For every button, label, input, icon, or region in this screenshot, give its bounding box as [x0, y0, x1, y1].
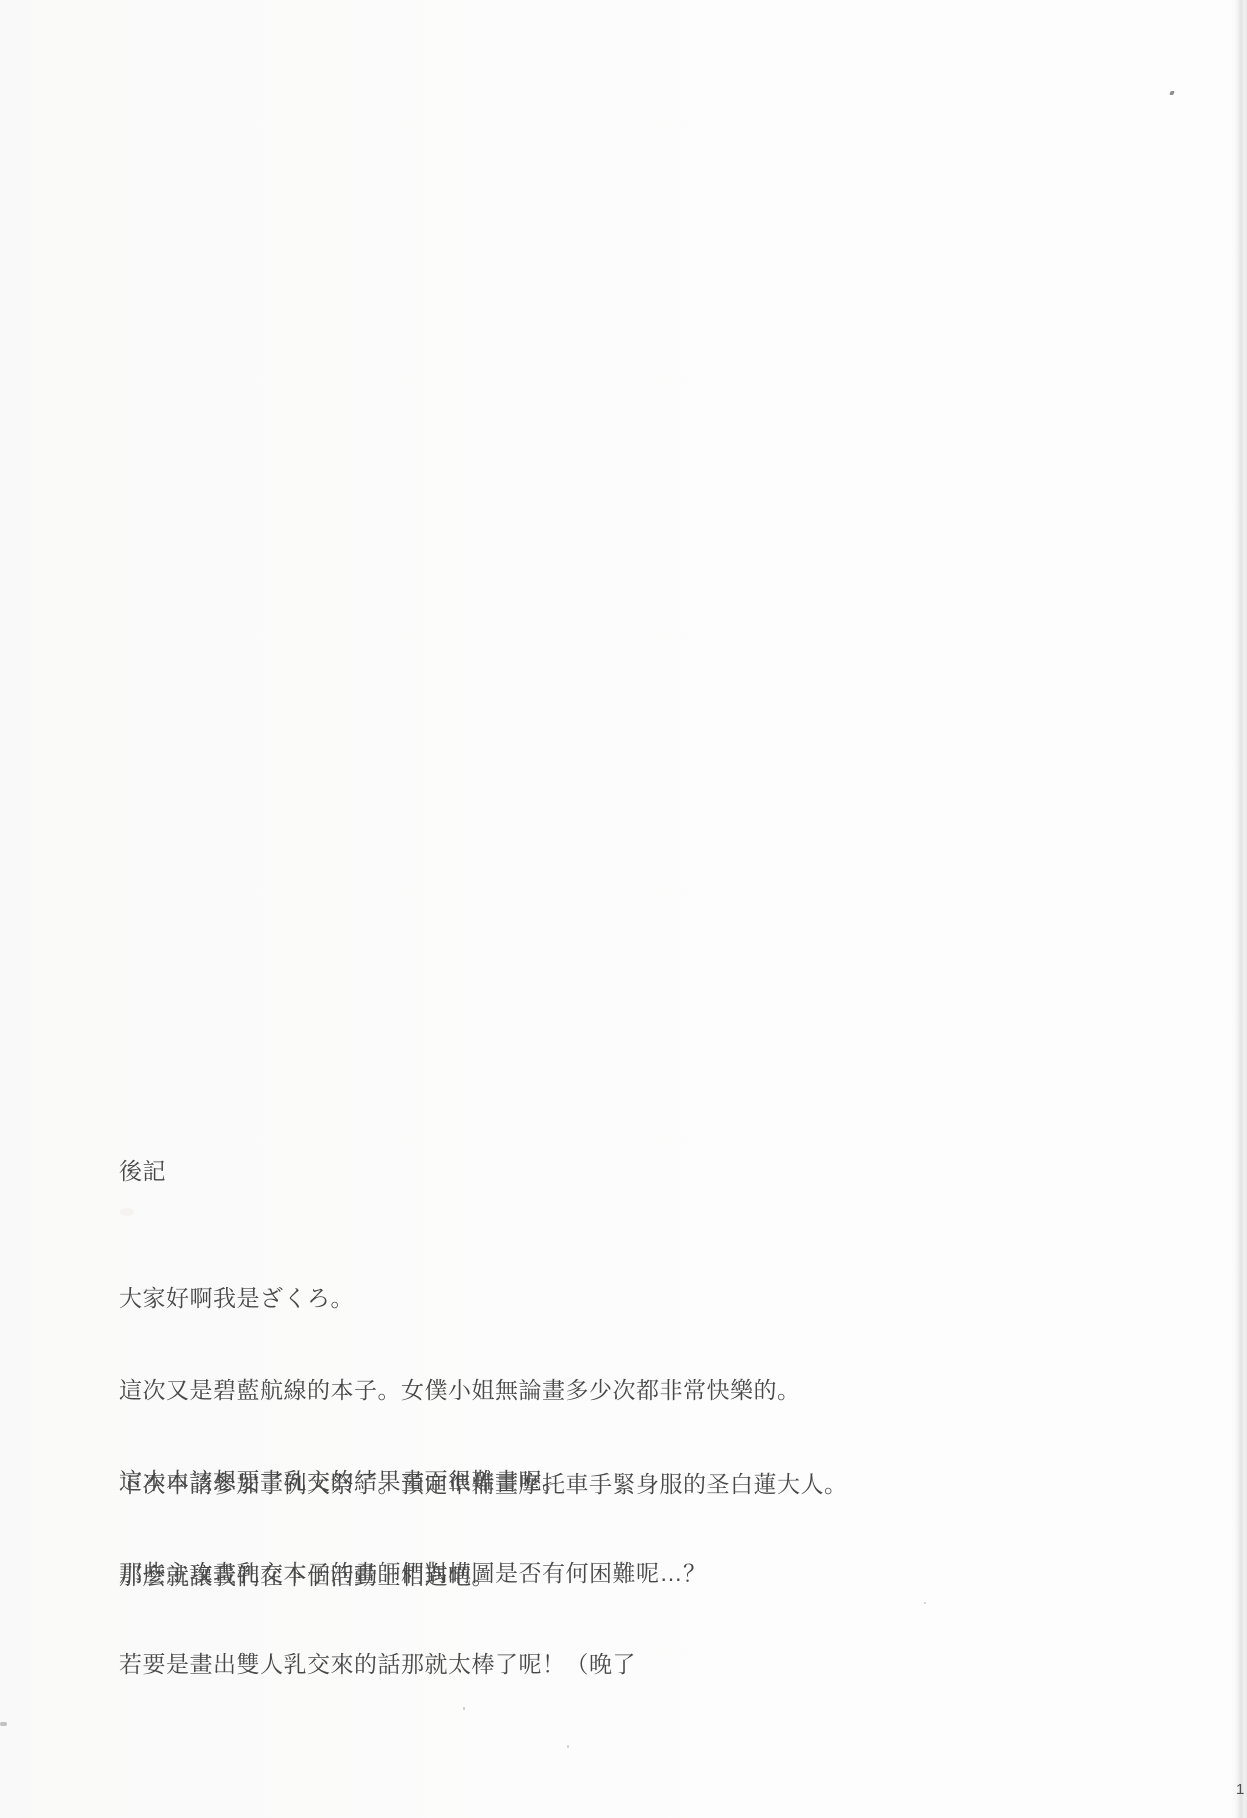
- page-number: 1: [1236, 1781, 1247, 1798]
- scanned-afterword-page: 後記 大家好啊我是ざくろ。 這次又是碧藍航線的本子。女僕小姐無論畫多少次都非常快…: [0, 0, 1247, 1818]
- afterword-line: 下次申請參加了例大祭了。預定準備畫摩托車手緊身服的圣白蓮大人。: [119, 1469, 848, 1500]
- afterword-line: 那麼就讓我們在下個活動上相遇吧。: [119, 1561, 848, 1592]
- afterword-line: 若要是畫出雙人乳交來的話那就太棒了呢！（晚了: [119, 1649, 801, 1680]
- page-edge-shadow: [1232, 0, 1247, 1818]
- page-number-digit: 1: [1236, 1781, 1244, 1798]
- scan-speck: [567, 1745, 569, 1748]
- afterword-line: 這次又是碧藍航線的本子。女僕小姐無論畫多少次都非常快樂的。: [119, 1375, 801, 1406]
- scan-smudge: [120, 1208, 134, 1216]
- scan-speck: [924, 1602, 926, 1604]
- scan-speck: [0, 1722, 7, 1726]
- afterword-title: 後記: [119, 1156, 166, 1187]
- scan-speck: [1169, 91, 1174, 95]
- afterword-paragraph-2: 下次申請參加了例大祭了。預定準備畫摩托車手緊身服的圣白蓮大人。 那麼就讓我們在下…: [119, 1408, 848, 1652]
- afterword-line: 大家好啊我是ざくろ。: [119, 1283, 801, 1314]
